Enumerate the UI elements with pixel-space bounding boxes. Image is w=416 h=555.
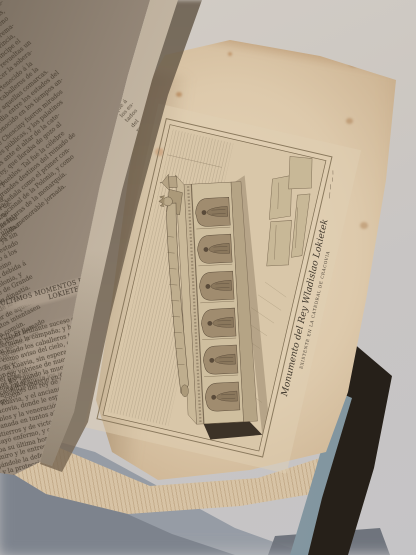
photo-scene: Monumento del Rey Wladislao Lokietek EXI… — [0, 0, 416, 555]
foxing-spot — [166, 186, 171, 191]
foxing-spot — [228, 52, 232, 56]
foxing-spot — [346, 118, 353, 124]
foxing-spot — [360, 222, 368, 229]
foxing-spot — [176, 92, 182, 97]
foxing-spot — [155, 148, 164, 156]
